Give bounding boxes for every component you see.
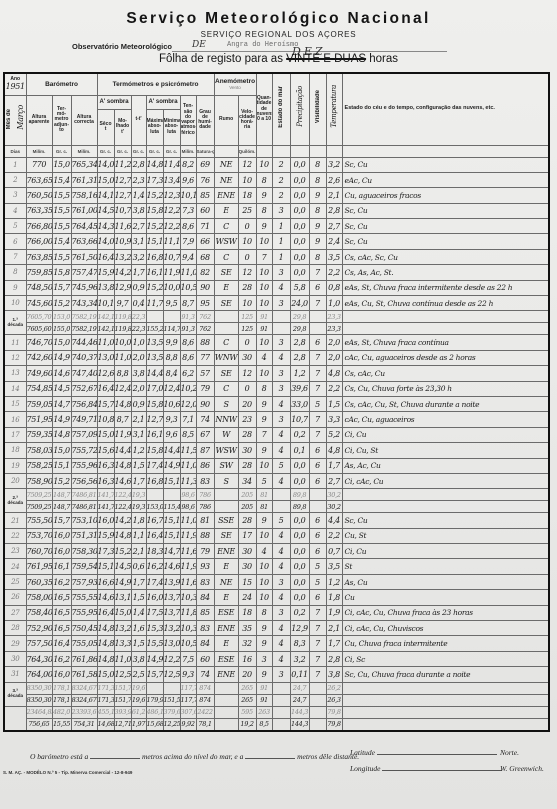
cell-hum: 87 [196, 443, 214, 458]
cell-temp: 1,2 [326, 574, 342, 589]
cell-prec: 8,3 [290, 636, 309, 651]
cell-molh: 13,3 [114, 636, 131, 651]
summary-tens: 307,6 [180, 706, 196, 718]
summary-sky-blank [342, 311, 549, 323]
cell-prec: 2,8 [290, 350, 309, 365]
humidity-header: Grau de humi-dade [196, 95, 214, 145]
cell-term: 15,0 [52, 157, 71, 172]
cell-vel: 12 [238, 265, 256, 280]
summary-tens: 9,92 [180, 718, 196, 731]
cell-alt_ap: 752,90 [26, 621, 52, 636]
cell-temp: 2,0 [326, 350, 342, 365]
cell-term: 15,5 [52, 203, 71, 218]
cell-molh: 9,7 [114, 296, 131, 311]
cell-diff: 1,5 [131, 590, 146, 605]
cell-alt_ap: 761,95 [26, 559, 52, 574]
cell-sky-state: Cs, As, Ac, St. [342, 265, 549, 280]
cell-hum: 74 [196, 412, 214, 427]
summary-prec: 89,8 [290, 489, 309, 501]
summary-vis [309, 682, 326, 694]
cell-rumo: SE [214, 265, 238, 280]
summary-vis [309, 718, 326, 731]
cell-min: 12,2 [163, 651, 180, 666]
summary-diff: 22,3 [131, 311, 146, 323]
summary-vel: 595 [238, 706, 256, 718]
cell-molh: 10,0 [114, 335, 131, 350]
cell-prec: 1,2 [290, 366, 309, 381]
cell-tens: 8,5 [180, 427, 196, 442]
cell-nuv: 4 [256, 350, 272, 365]
summary-max [146, 682, 163, 694]
cell-temp: 2,8 [326, 203, 342, 218]
cell-nuv: 9 [256, 412, 272, 427]
shade-header-1: A' sombra [97, 95, 131, 109]
cell-vis: 8 [309, 203, 326, 218]
summary-sky-blank [342, 501, 549, 513]
day-cell: 21 [4, 513, 26, 528]
form-title: Serviço Meteorológico Nacional [0, 10, 557, 28]
unit-label: Gr. c. [114, 145, 131, 157]
summary-vel: 205 [238, 501, 256, 513]
cell-sky-state: Sc, Cu, Chuva fraca durante a noite [342, 667, 549, 682]
cell-seco: 16,0 [97, 513, 114, 528]
summary-vel: 265 [238, 694, 256, 706]
cell-alt_corr: 758,16 [71, 188, 97, 203]
cell-mar: 3 [272, 296, 290, 311]
min-header: Mínima abso-luta [163, 109, 180, 145]
summary-molh: 122,4 [114, 501, 131, 513]
summary-hum: 2422 [196, 706, 214, 718]
cell-max: 15,8 [146, 203, 163, 218]
cell-hum: 69 [196, 157, 214, 172]
cell-vel: 0 [238, 335, 256, 350]
day-cell: 3 [4, 188, 26, 203]
summary-sky-blank [342, 694, 549, 706]
cell-hum: 66 [196, 234, 214, 249]
summary-mar [272, 323, 290, 335]
cell-alt_ap: 751,95 [26, 412, 52, 427]
day-cell: 20 [4, 473, 26, 488]
cell-rumo: SSE [214, 513, 238, 528]
cell-vis: 8 [309, 157, 326, 172]
summary-vel: 265 [238, 682, 256, 694]
cell-min: 9,6 [163, 427, 180, 442]
unit-label: Satura-ção=100 [196, 145, 214, 157]
cell-max: 16,1 [146, 265, 163, 280]
cell-max: 18,3 [146, 544, 163, 559]
cell-min: 13,4 [163, 172, 180, 187]
cell-term: 15,1 [52, 458, 71, 473]
cell-prec: 0,0 [290, 513, 309, 528]
cell-vis: 7 [309, 427, 326, 442]
summary-molh: 151,7 [114, 682, 131, 694]
cell-mar: 1 [272, 249, 290, 264]
summary-alt_ap: 7509,25 [26, 501, 52, 513]
summary-min: 114,7 [163, 323, 180, 335]
cell-mar: 3 [272, 574, 290, 589]
cell-temp: 2,1 [326, 621, 342, 636]
table-row: 27758,4016,5755,9516,415,01,417,513,711,… [4, 605, 549, 620]
cell-vis: 7 [309, 621, 326, 636]
cell-alt_ap: 766,00 [26, 234, 52, 249]
cell-prec: 0,2 [290, 427, 309, 442]
cell-alt_corr: 743,34 [71, 296, 97, 311]
cell-vis: 6 [309, 473, 326, 488]
cell-vis: 6 [309, 513, 326, 528]
cell-temp: 2,1 [326, 188, 342, 203]
cell-min: 10,0 [163, 280, 180, 295]
cell-seco: 15,9 [97, 528, 114, 543]
cell-alt_ap: 749,60 [26, 366, 52, 381]
cell-temp: 2,4 [326, 234, 342, 249]
cell-alt_corr: 749,71 [71, 412, 97, 427]
table-row: 5766,8015,5764,4514,311,62,715,212,28,67… [4, 219, 549, 234]
cell-alt_ap: 760,35 [26, 574, 52, 589]
cell-tens: 10,2 [180, 381, 196, 396]
cell-vis: 6 [309, 280, 326, 295]
unit-label: Gr. c. [146, 145, 163, 157]
cell-min: 9,3 [163, 412, 180, 427]
summary-hum: 762 [196, 311, 214, 323]
cell-rumo: SE [214, 366, 238, 381]
summary-nuv: 91 [256, 323, 272, 335]
cell-nuv: 10 [256, 528, 272, 543]
unit-label: Milím. [71, 145, 97, 157]
anemometer-header: AnemómetroVento [214, 73, 256, 95]
cell-molh: 14,2 [114, 513, 131, 528]
cell-prec: 0,0 [290, 559, 309, 574]
cell-temp: 1,7 [326, 636, 342, 651]
barometer-header: Barómetro [26, 73, 97, 95]
cell-vis: 9 [309, 188, 326, 203]
cell-prec: 5,8 [290, 280, 309, 295]
cell-sky-state: Cs, cAc, Cu [342, 366, 549, 381]
cell-min: 13,0 [163, 636, 180, 651]
cell-temp: 2,0 [326, 335, 342, 350]
summary-nuv: 91 [256, 682, 272, 694]
cell-rumo: NE [214, 172, 238, 187]
summary-seco: 14,68 [97, 718, 114, 731]
cell-mar: 4 [272, 443, 290, 458]
table-row: 3760,5015,5758,1614,112,71,415,212,310,1… [4, 188, 549, 203]
cell-tens: 7,1 [180, 412, 196, 427]
dry-header: Sêcot [97, 109, 114, 145]
cell-term: 16,2 [52, 574, 71, 589]
cell-mar: 4 [272, 528, 290, 543]
cell-molh: 12,4 [114, 381, 131, 396]
cell-rumo: S [214, 473, 238, 488]
cell-nuv: 9 [256, 443, 272, 458]
cell-diff: 1,7 [131, 473, 146, 488]
cell-sky-state: Cs, cAc, Cu, St, Chuva durante a noite [342, 396, 549, 411]
cell-alt_corr: 757,93 [71, 574, 97, 589]
cell-min: 13,7 [163, 590, 180, 605]
sea-state-header: Estado do mar [272, 73, 290, 145]
cell-nuv: 9 [256, 513, 272, 528]
cell-sky-state: Sc, Cu [342, 513, 549, 528]
cell-nuv: 10 [256, 280, 272, 295]
table-row: 18758,0315,0755,7215,614,41,215,814,411,… [4, 443, 549, 458]
cell-mar: 4 [272, 590, 290, 605]
cell-hum: 76 [196, 172, 214, 187]
table-row: 26758,0016,5755,5514,613,11,516,013,710,… [4, 590, 549, 605]
cell-alt_corr: 756,56 [71, 473, 97, 488]
cell-vis: 5 [309, 574, 326, 589]
cell-term: 16,5 [52, 590, 71, 605]
day-cell: 6 [4, 234, 26, 249]
summary-alt_corr: 7582,19 [71, 323, 97, 335]
cell-rumo: S [214, 396, 238, 411]
cell-nuv: 10 [256, 157, 272, 172]
cell-max: 16,2 [146, 559, 163, 574]
table-row: 11746,7015,0744,4611,010,01,013,59,98,68… [4, 335, 549, 350]
cell-alt_corr: 763,66 [71, 234, 97, 249]
decade-summary-row: 7605,60155,07582,19142,1119,822,3155,211… [4, 323, 549, 335]
cell-nuv: 10 [256, 366, 272, 381]
cell-term: 16,2 [52, 651, 71, 666]
cell-vis: 7 [309, 381, 326, 396]
cell-sky-state: Ci, cAc, Cu, Chuviscos [342, 621, 549, 636]
summary-diff: 19,3 [131, 489, 146, 501]
cell-min: 8,4 [163, 366, 180, 381]
cell-nuv: 10 [256, 590, 272, 605]
summary-seco: 171,3 [97, 682, 114, 694]
cell-tens: 8,7 [180, 296, 196, 311]
summary-prec: 24,7 [290, 694, 309, 706]
summary-nuv: 81 [256, 501, 272, 513]
cell-alt_corr: 747,40 [71, 366, 97, 381]
cell-hum: 77 [196, 350, 214, 365]
cell-rumo: NE [214, 574, 238, 589]
cell-vel: 20 [238, 396, 256, 411]
summary-nuv: 263 [256, 706, 272, 718]
cell-hum: 57 [196, 366, 214, 381]
cell-tens: 10,1 [180, 188, 196, 203]
cell-max: 11,7 [146, 296, 163, 311]
cell-diff: 1,6 [131, 621, 146, 636]
cell-nuv: 10 [256, 265, 272, 280]
cell-vis: 6 [309, 458, 326, 473]
summary-term: 178,1 [52, 682, 71, 694]
cell-vis: 7 [309, 412, 326, 427]
summary-mar [272, 706, 290, 718]
cell-prec: 0,0 [290, 544, 309, 559]
cell-seco: 16,4 [97, 381, 114, 396]
cell-rumo: NE [214, 157, 238, 172]
summary-sky-blank [342, 682, 549, 694]
summary-sky-blank [342, 718, 549, 731]
cell-rumo: C [214, 219, 238, 234]
cell-sky-state: Ci, cAc, Cu [342, 473, 549, 488]
cell-alt_ap: 758,40 [26, 605, 52, 620]
unit-blank [342, 145, 549, 157]
cell-prec: 24,0 [290, 296, 309, 311]
cell-min: 8,8 [163, 350, 180, 365]
cell-mar: 2 [272, 172, 290, 187]
cell-vis: 5 [309, 396, 326, 411]
day-cell: 23 [4, 544, 26, 559]
cell-diff: 1,7 [131, 574, 146, 589]
cell-min: 9,9 [163, 335, 180, 350]
cell-alt_ap: 766,80 [26, 219, 52, 234]
cell-alt_ap: 759,35 [26, 427, 52, 442]
cell-min: 15,1 [163, 513, 180, 528]
cell-hum: 84 [196, 590, 214, 605]
cell-seco: 16,3 [97, 473, 114, 488]
cell-tens: 10,3 [180, 590, 196, 605]
cell-nuv: 8 [256, 172, 272, 187]
table-row: 7763,8515,5761,5016,413,23,216,810,79,46… [4, 249, 549, 264]
summary-molh: 119,8 [114, 311, 131, 323]
cell-max: 17,3 [146, 172, 163, 187]
summary-vis [309, 489, 326, 501]
summary-prec: 24,7 [290, 682, 309, 694]
cell-max: 17,0 [146, 381, 163, 396]
cell-term: 16,0 [52, 544, 71, 559]
cell-sky-state: eAc, Cu [342, 172, 549, 187]
cell-tens: 8,6 [180, 335, 196, 350]
cell-sky-state: Sc, Cu [342, 219, 549, 234]
summary-min [163, 311, 180, 323]
day-cell: 1 [4, 157, 26, 172]
cell-alt_corr: 756,84 [71, 396, 97, 411]
summary-seco: 142,1 [97, 311, 114, 323]
cell-sky-state: eAs, St, Chuva fraca contínua [342, 335, 549, 350]
unit-label: Gr. c. [131, 145, 146, 157]
cell-hum: 85 [196, 605, 214, 620]
cell-diff: 1,4 [131, 605, 146, 620]
cell-prec: 3,2 [290, 651, 309, 666]
cell-alt_corr: 755,05 [71, 636, 97, 651]
cell-sky-state: Cs, Cu, Chuva forte às 23,30 h [342, 381, 549, 396]
cell-vel: 28 [238, 427, 256, 442]
cell-seco: 15,7 [97, 396, 114, 411]
summary-max: 153,0 [146, 501, 163, 513]
table-row: 8759,8515,8757,4715,914,21,716,111,911,0… [4, 265, 549, 280]
cell-vel: 28 [238, 458, 256, 473]
vapor-tension-header: Ten-são do vapor atmos-férico [180, 95, 196, 145]
summary-tens: 98,6 [180, 501, 196, 513]
cell-term: 15,4 [52, 172, 71, 187]
cell-prec: 39,6 [290, 381, 309, 396]
day-cell: 10 [4, 296, 26, 311]
summary-min [163, 682, 180, 694]
cell-term: 16,5 [52, 605, 71, 620]
summary-hum: 762 [196, 323, 214, 335]
summary-max: 15,68 [146, 718, 163, 731]
decade-summary-row: 2.ª década7509,25148,77486,81141,7122,41… [4, 489, 549, 501]
cell-vel: 12 [238, 157, 256, 172]
cell-hum: 82 [196, 265, 214, 280]
cell-alt_corr: 759,54 [71, 559, 97, 574]
decade-summary-row: 3.ª década8350,30178,18324,67171,3151,71… [4, 682, 549, 694]
summary-seco: 142,1 [97, 323, 114, 335]
cell-vel: 28 [238, 513, 256, 528]
cell-seco: 13,0 [97, 350, 114, 365]
cell-max: 16,0 [146, 590, 163, 605]
cell-mar: 4 [272, 473, 290, 488]
summary-term: 148,7 [52, 501, 71, 513]
barometer-note: O barómetro está a metros acima do nível… [30, 752, 359, 761]
unit-blank [326, 145, 342, 157]
summary-min: 379,6 [163, 706, 180, 718]
day-cell: 22 [4, 528, 26, 543]
cell-sky-state: eAs, Cu, St, Chuva contínua desde as 22 … [342, 296, 549, 311]
cell-alt_ap: 763,85 [26, 249, 52, 264]
decade-label [4, 706, 26, 731]
cell-prec: 0,0 [290, 528, 309, 543]
cell-vel: 35 [238, 621, 256, 636]
cell-temp: 1,9 [326, 605, 342, 620]
cell-sky-state: As, Cu [342, 574, 549, 589]
cell-vel: 17 [238, 528, 256, 543]
cell-sky-state: Ci, cAc, Cu, Chuva fraca às 23 horas [342, 605, 549, 620]
cell-seco: 16,3 [97, 458, 114, 473]
cell-hum: 83 [196, 574, 214, 589]
cell-seco: 16,6 [97, 574, 114, 589]
cell-diff: 1,4 [131, 188, 146, 203]
cell-molh: 15,2 [114, 544, 131, 559]
cell-temp: 4,4 [326, 513, 342, 528]
cell-molh: 14,8 [114, 396, 131, 411]
cell-prec: 0,0 [290, 172, 309, 187]
cell-rumo: E [214, 590, 238, 605]
summary-seco: 171,3 [97, 694, 114, 706]
cell-tens: 8,2 [180, 157, 196, 172]
cell-vel: 30 [238, 443, 256, 458]
cell-molh: 14,9 [114, 574, 131, 589]
cell-diff: 0,6 [131, 559, 146, 574]
cell-diff: 0,4 [131, 296, 146, 311]
cell-term: 14,6 [52, 366, 71, 381]
cell-alt_ap: 758,03 [26, 443, 52, 458]
cell-vis: 7 [309, 265, 326, 280]
cell-sky-state: Cu, Chuva fraca intermitente [342, 636, 549, 651]
cell-min: 14,4 [163, 443, 180, 458]
cell-alt_corr: 755,72 [71, 443, 97, 458]
cell-diff: 2,3 [131, 172, 146, 187]
cell-min: 9,5 [163, 296, 180, 311]
cell-alt_corr: 750,45 [71, 621, 97, 636]
cell-term: 15,5 [52, 219, 71, 234]
cell-temp: 3,5 [326, 559, 342, 574]
cell-molh: 12,7 [114, 172, 131, 187]
summary-min: 12,25 [163, 718, 180, 731]
cell-molh: 14,8 [114, 458, 131, 473]
day-cell: 17 [4, 427, 26, 442]
cell-alt_corr: 744,46 [71, 335, 97, 350]
cell-temp: 5,2 [326, 427, 342, 442]
cell-sky-state: cAc, Cu, aguaceiros desde as 2 horas [342, 350, 549, 365]
cell-tens: 9,4 [180, 249, 196, 264]
cell-nuv: 10 [256, 458, 272, 473]
cell-diff: 0,9 [131, 280, 146, 295]
cell-sky-state: Ci, Cu, St [342, 443, 549, 458]
cell-diff: 3,1 [131, 234, 146, 249]
day-cell: 18 [4, 443, 26, 458]
cell-mar: 4 [272, 427, 290, 442]
cell-vis: 5 [309, 559, 326, 574]
cell-max: 15,2 [146, 280, 163, 295]
summary-nuv: 8,5 [256, 718, 272, 731]
printer-note: S. M. AÇ. - MODÊLO N.º 5 - Tip. Minerva … [3, 770, 132, 775]
decade-label: 2.ª década [4, 489, 26, 513]
day-cell: 25 [4, 574, 26, 589]
cell-term: 15,5 [52, 249, 71, 264]
cell-prec: 0,2 [290, 605, 309, 620]
cell-alt_corr: 745,96 [71, 280, 97, 295]
year-cell: Ano1951 [4, 73, 26, 95]
